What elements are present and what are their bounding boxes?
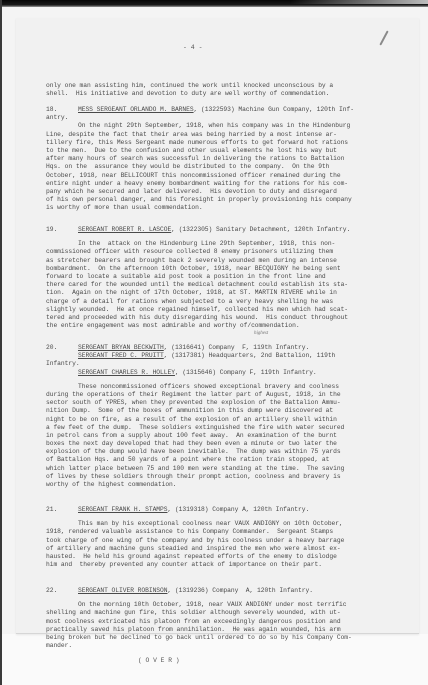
scanned-document-viewer: - 4 - only one man assisting him, contin… bbox=[0, 0, 428, 685]
over-footer: ( O V E R ) bbox=[138, 657, 180, 664]
text-line: shelling and machine gun fire, this sold… bbox=[46, 609, 396, 617]
text-line: being broken but he declined to go back … bbox=[46, 634, 396, 642]
text-line: tered and proceeded with his duty disreg… bbox=[46, 314, 396, 322]
citation-heading: 20.SERGEANT BRYAN BECKWITH, (1316641) Co… bbox=[46, 344, 396, 352]
text-line: him and thereby prevented any counter at… bbox=[46, 561, 396, 569]
text-line: tion. Again on the night of 17th October… bbox=[46, 289, 396, 297]
soldier-name: SERGEANT CHARLES R. HOLLEY bbox=[78, 369, 175, 376]
text-line: shell. His initiative and devotion to du… bbox=[46, 90, 396, 98]
soldier-name: SERGEANT ROBERT R. LASCOE bbox=[78, 226, 171, 233]
citation-number: 20. bbox=[46, 344, 78, 352]
text-line: charge of a detail for rations when subj… bbox=[46, 298, 396, 306]
text-line: pany which he secured and later delivere… bbox=[46, 188, 396, 196]
text-line: nition Dump. Some of the boxes of ammuni… bbox=[46, 407, 396, 415]
citation-20: 20.SERGEANT BRYAN BECKWITH, (1316641) Co… bbox=[46, 344, 396, 489]
citation-18: 18.MESS SERGEANT ORLANDO M. BARNES, (132… bbox=[46, 106, 396, 212]
citation-heading: SERGEANT FRED C. PRUITT, (1317381) Headq… bbox=[46, 352, 396, 360]
citation-unit: , (1322593) Machine Gun Company, 120th I… bbox=[194, 106, 354, 113]
text-line: sector south of YPRES, when they prevent… bbox=[46, 399, 396, 407]
citation-heading-cont: antry. bbox=[46, 114, 396, 122]
text-line: This man by his exceptional coolness nea… bbox=[46, 520, 396, 528]
text-line: forward to locate a suitable aid post to… bbox=[46, 273, 396, 281]
text-line: which latter place between 75 and 100 me… bbox=[46, 465, 396, 473]
citation-22: 22.SERGEANT OLIVER ROBINSON, (1319236) C… bbox=[46, 587, 396, 650]
citation-heading: 21.SERGEANT FRANK H. STAMPS, (1319318) C… bbox=[46, 506, 396, 514]
text-line: most coolness extricated his platoon fro… bbox=[46, 618, 396, 626]
text-line: as stretcher bearers and brought back 2 … bbox=[46, 257, 396, 265]
text-line: boxes the next day developed that had th… bbox=[46, 440, 396, 448]
citation-heading: SERGEANT CHARLES R. HOLLEY, (1315646) Co… bbox=[46, 369, 396, 377]
text-line: slightly wounded. He at once regained hi… bbox=[46, 306, 396, 314]
scan-top-edge-fade bbox=[290, 0, 428, 4]
text-line: during the operations of their Regiment … bbox=[46, 391, 396, 399]
soldier-name: SERGEANT FRED C. PRUITT bbox=[78, 352, 164, 359]
page-number: - 4 - bbox=[183, 44, 203, 51]
carryover-paragraph: only one man assisting him, continued th… bbox=[46, 82, 396, 98]
citation-21: 21.SERGEANT FRANK H. STAMPS, (1319318) C… bbox=[46, 506, 396, 569]
citation-19: 19.SERGEANT ROBERT R. LASCOE, (1322305) … bbox=[46, 226, 396, 330]
citation-unit: , (1315646) Company F, 119th Infantry. bbox=[175, 369, 317, 376]
soldier-name: MESS SERGEANT ORLANDO M. BARNES bbox=[78, 106, 194, 113]
text-line: Hqs. on the assurance they would be dist… bbox=[46, 163, 396, 171]
text-line: night to be on fire, as a result of the … bbox=[46, 416, 396, 424]
citation-unit: , (1319236) Company A, 120th Infantry. bbox=[168, 587, 313, 594]
citation-unit: , (1316641) Company F, 119th Infantry. bbox=[164, 344, 309, 351]
text-line: commissioned officer with resource colle… bbox=[46, 248, 396, 256]
text-line: These noncommissioned officers showed ex… bbox=[46, 383, 396, 391]
text-line: In the attack on the Hindenburg Line 29t… bbox=[46, 240, 396, 248]
citation-heading-cont: Infantry. bbox=[46, 360, 396, 368]
text-line: is worthy of more than usual commendatio… bbox=[46, 204, 396, 212]
text-line: there cared for the wounded until the me… bbox=[46, 281, 396, 289]
text-line: of lives by these soldiers through their… bbox=[46, 473, 396, 481]
text-line: after many hours of search was successfu… bbox=[46, 155, 396, 163]
text-line: the entire engagement was most admirable… bbox=[46, 322, 396, 330]
citation-heading: 22.SERGEANT OLIVER ROBINSON, (1319236) C… bbox=[46, 587, 396, 595]
soldier-name: SERGEANT FRANK H. STAMPS bbox=[78, 506, 168, 513]
text-line: Line, despite the fact that their area w… bbox=[46, 131, 396, 139]
text-line: explosion of the dump would have been in… bbox=[46, 448, 396, 456]
text-line: bombardment. On the afternoon 10th Octob… bbox=[46, 265, 396, 273]
citation-heading: 19.SERGEANT ROBERT R. LASCOE, (1322305) … bbox=[46, 226, 396, 234]
handwritten-insertion: highest bbox=[254, 330, 268, 338]
citation-number: 21. bbox=[46, 506, 78, 514]
text-line: took charge of one wing of the company a… bbox=[46, 537, 396, 545]
text-line: to the men. Due to the confusion and oth… bbox=[46, 147, 396, 155]
text-line: of his own personal danger, and his fore… bbox=[46, 196, 396, 204]
text-line: hausted. He held his ground against repe… bbox=[46, 553, 396, 561]
text-line: entire night under a heavy enemy bombard… bbox=[46, 180, 396, 188]
citation-number: 19. bbox=[46, 226, 78, 234]
citation-unit: , (1322305) Sanitary Detachment, 120th I… bbox=[171, 226, 350, 233]
text-line: tillery fire, this Mess Sergeant made nu… bbox=[46, 139, 396, 147]
text-line: October, 1918, near BELLICOURT this nonc… bbox=[46, 172, 396, 180]
text-line: On the morning 10th October, 1918, near … bbox=[46, 601, 396, 609]
text-line: of artillery and machine guns steadied a… bbox=[46, 545, 396, 553]
text-line: On the night 29th September, 1918, when … bbox=[46, 122, 396, 130]
text-line: of Battalion Hqs. and 50 yards of a poin… bbox=[46, 456, 396, 464]
citation-heading: 18.MESS SERGEANT ORLANDO M. BARNES, (132… bbox=[46, 106, 396, 114]
text-line: worthy of the highest commendation. bbox=[46, 481, 396, 489]
text-line: only one man assisting him, continued th… bbox=[46, 82, 396, 90]
text-line: in petrol cans from a supply about 100 f… bbox=[46, 432, 396, 440]
text-line: practically saved his platoon from annih… bbox=[46, 626, 396, 634]
citation-unit: , (1319318) Company A, 120th Infantry. bbox=[168, 506, 310, 513]
citation-number: 18. bbox=[46, 106, 78, 114]
soldier-name: SERGEANT BRYAN BECKWITH bbox=[78, 344, 164, 351]
citation-unit: , (1317381) Headquarters, 2nd Battalion,… bbox=[164, 352, 336, 359]
text-line: mander. bbox=[46, 642, 396, 650]
text-line: 1918, rendered valuable assistance to hi… bbox=[46, 528, 396, 536]
soldier-name: SERGEANT OLIVER ROBINSON bbox=[78, 587, 168, 594]
citation-number: 22. bbox=[46, 587, 78, 595]
scan-left-edge bbox=[0, 0, 2, 685]
text-line: a few feet of the dump. These soldiers e… bbox=[46, 424, 396, 432]
